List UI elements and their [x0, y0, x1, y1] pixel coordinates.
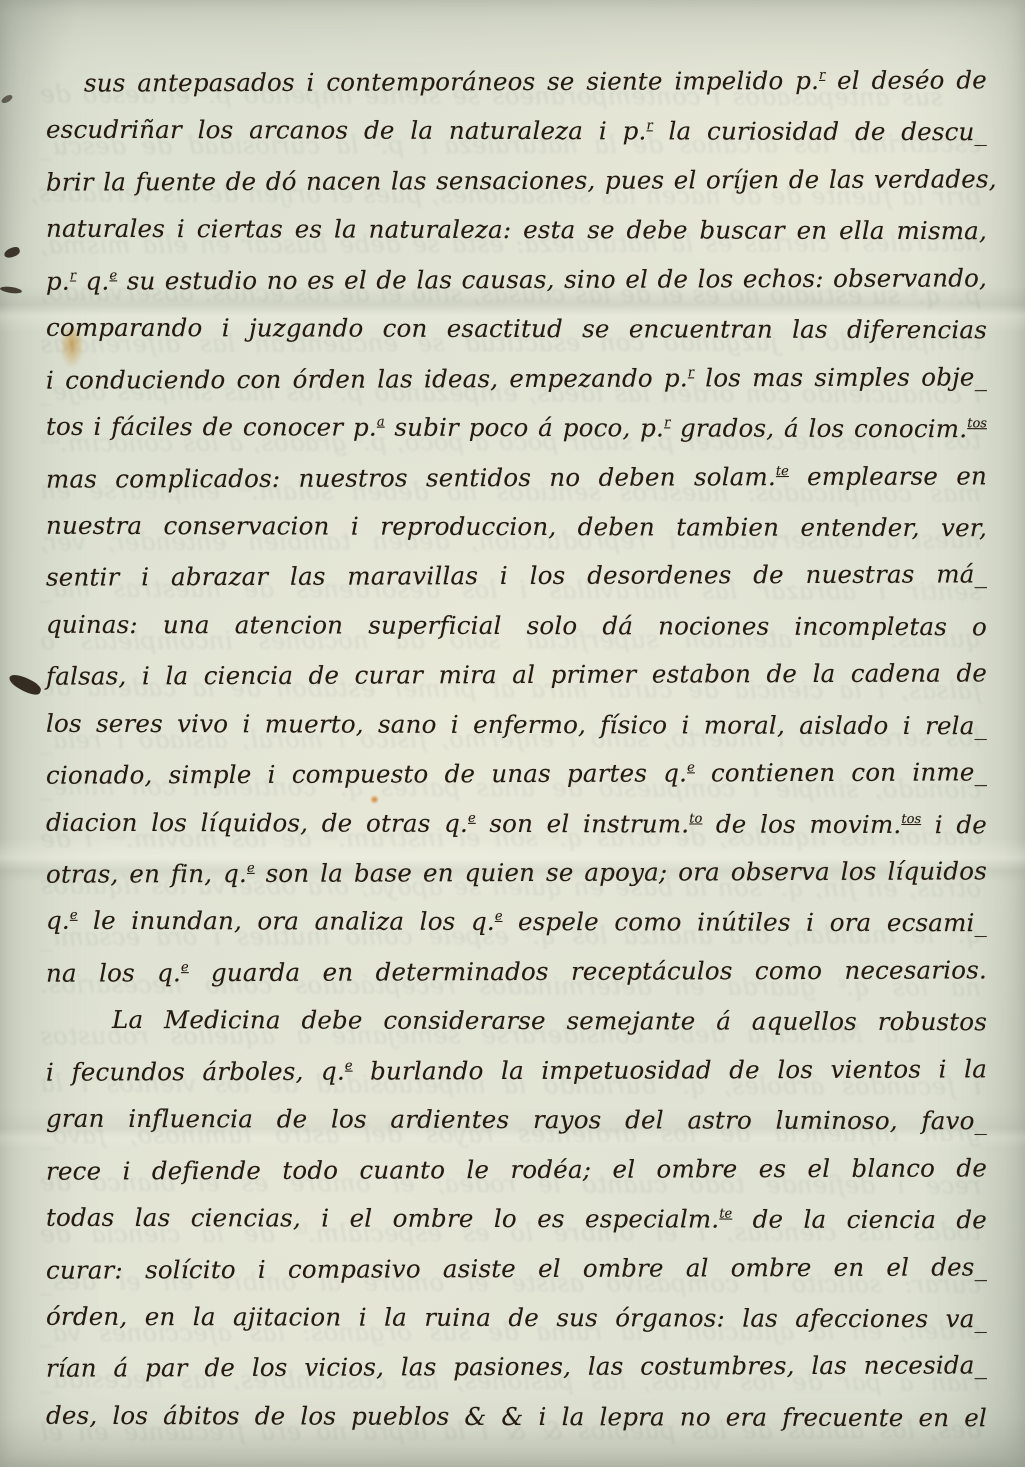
- manuscript-line: los seres vivo i muerto, sano i enfermo,…: [46, 698, 987, 750]
- manuscript-line: sentir i abrazar las maravillas i los de…: [46, 550, 987, 603]
- handwritten-text: rece i defiende todo cuanto le rodéa; el…: [46, 1153, 987, 1185]
- superscript-abbreviation: e: [495, 909, 503, 924]
- manuscript-line: quinas: una atencion superficial solo dá…: [46, 600, 987, 652]
- handwritten-text: brir la fuente de dó nacen las sensacion…: [46, 164, 997, 196]
- manuscript-line: i conduciendo con órden las ideas, empez…: [46, 352, 987, 405]
- manuscript-line: todas las ciencias, i el ombre lo es esp…: [46, 1193, 987, 1245]
- handwritten-text: nuestra conservacion i reproduccion, deb…: [46, 511, 987, 542]
- superscript-abbreviation: te: [719, 1207, 732, 1222]
- manuscript-line: falsas, i la ciencia de curar mira al pr…: [46, 649, 987, 702]
- superscript-abbreviation: a: [377, 415, 385, 430]
- ink-blot: [3, 246, 21, 260]
- manuscript-line: des, los ábitos de los pueblos & & i la …: [46, 1391, 987, 1443]
- handwritten-text: sentir i abrazar las maravillas i los de…: [46, 560, 987, 592]
- handwritten-text: naturales i ciertas es la naturaleza: es…: [46, 214, 987, 245]
- handwritten-text: burlando la impetuosidad de los vientos …: [353, 1054, 988, 1085]
- handwritten-text: La Medicina debe considerarse semejante …: [112, 1005, 987, 1036]
- handwritten-text: i conduciendo con órden las ideas, empez…: [46, 363, 688, 394]
- handwritten-text: q.: [46, 906, 70, 935]
- manuscript-line: otras, en fin, q.e son la base en quien …: [46, 846, 987, 899]
- superscript-abbreviation: e: [247, 861, 255, 876]
- handwritten-text: los mas simples obje_: [694, 362, 987, 392]
- handwritten-text: escudriñar los arcanos de la naturaleza …: [46, 115, 647, 146]
- manuscript-line: na los q.e guarda en determinados recept…: [46, 945, 987, 998]
- handwritten-text: tos i fáciles de conocer p.: [46, 412, 377, 442]
- superscript-abbreviation: te: [776, 464, 789, 479]
- manuscript-text: sus antepasados i contemporáneos se sien…: [46, 57, 987, 1441]
- manuscript-line: comparando i juzgando con esactitud se e…: [46, 303, 987, 355]
- manuscript-line: mas complicados: nuestros sentidos no de…: [46, 451, 987, 504]
- manuscript-line: rían á par de los vicios, las pasiones, …: [46, 1341, 987, 1394]
- manuscript-line: rece i defiende todo cuanto le rodéa; el…: [46, 1143, 987, 1196]
- handwritten-text: órden, en la ajitacion i la ruina de sus…: [46, 1302, 987, 1333]
- handwritten-text: sus antepasados i contemporáneos se sien…: [84, 66, 819, 98]
- manuscript-line: diacion los líquidos, de otras q.e son e…: [46, 797, 987, 849]
- handwritten-text: los seres vivo i muerto, sano i enfermo,…: [46, 708, 987, 739]
- manuscript-line: cionado, simple i compuesto de unas part…: [46, 747, 987, 800]
- manuscript-line: La Medicina debe considerarse semejante …: [46, 995, 987, 1047]
- handwritten-text: su estudio no es el de las causas, sino …: [117, 263, 987, 295]
- ink-blot: [7, 672, 43, 698]
- manuscript-line: naturales i ciertas es la naturaleza: es…: [46, 204, 987, 256]
- handwritten-text: guarda en determinados receptáculos como…: [189, 955, 987, 987]
- handwritten-text: grados, á los conocim.: [670, 413, 967, 443]
- manuscript-line: p.r q.e su estudio no es el de las causa…: [46, 253, 987, 306]
- manuscript-line: sus antepasados i contemporáneos se sien…: [46, 55, 987, 108]
- handwritten-text: le inundan, ora analiza los q.: [78, 906, 495, 936]
- handwritten-text: todas las ciencias, i el ombre lo es esp…: [46, 1203, 719, 1234]
- manuscript-line: tos i fáciles de conocer p.a subir poco …: [46, 402, 987, 454]
- manuscript-line: curar: solícito i compasivo asiste el om…: [46, 1242, 987, 1295]
- handwritten-text: cionado, simple i compuesto de unas part…: [46, 759, 687, 790]
- handwritten-text: falsas, i la ciencia de curar mira al pr…: [46, 659, 987, 691]
- handwritten-text: son el instrum.: [476, 808, 690, 838]
- handwritten-text: q.: [76, 266, 109, 295]
- handwritten-text: rían á par de los vicios, las pasiones, …: [46, 1351, 987, 1383]
- handwritten-text: des, los ábitos de los pueblos & & i la …: [46, 1401, 987, 1432]
- handwritten-text: i de: [921, 810, 987, 839]
- handwritten-text: subir poco á poco, p.: [385, 413, 664, 443]
- handwritten-text: otras, en fin, q.: [46, 859, 247, 889]
- handwritten-text: son la base en quien se apoya; ora obser…: [255, 856, 987, 888]
- manuscript-line: gran influencia de los ardientes rayos d…: [46, 1094, 987, 1146]
- manuscript-line: brir la fuente de dó nacen las sensacion…: [46, 154, 987, 207]
- handwritten-text: diacion los líquidos, de otras q.: [46, 807, 468, 837]
- ink-blot: [0, 93, 13, 104]
- handwritten-text: espele como inútiles i ora ecsami_: [503, 907, 988, 937]
- handwritten-text: emplearse en: [789, 461, 987, 491]
- manuscript-line: nuestra conservacion i reproduccion, deb…: [46, 501, 987, 553]
- handwritten-text: p.: [46, 266, 70, 295]
- manuscript-line: escudriñar los arcanos de la naturaleza …: [46, 105, 987, 157]
- ink-blot: [0, 285, 22, 294]
- manuscript-page: sus antepasados i contemporáneos se sien…: [0, 0, 1025, 1467]
- handwritten-text: de los movim.: [702, 809, 901, 839]
- manuscript-line: órden, en la ajitacion i la ruina de sus…: [46, 1292, 987, 1344]
- superscript-abbreviation: tos: [901, 812, 921, 827]
- handwritten-text: la curiosidad de descu_: [653, 117, 987, 147]
- handwritten-text: curar: solícito i compasivo asiste el om…: [46, 1252, 987, 1284]
- superscript-abbreviation: tos: [967, 416, 987, 431]
- manuscript-line: q.e le inundan, ora analiza los q.e espe…: [46, 896, 987, 948]
- handwritten-text: na los q.: [46, 958, 181, 987]
- superscript-abbreviation: e: [345, 1058, 353, 1073]
- superscript-abbreviation: e: [181, 960, 189, 975]
- superscript-abbreviation: to: [689, 811, 702, 826]
- handwritten-text: gran influencia de los ardientes rayos d…: [46, 1104, 987, 1135]
- handwritten-text: i fecundos árboles, q.: [46, 1056, 345, 1086]
- handwritten-text: el deséo de: [825, 65, 987, 95]
- handwritten-text: quinas: una atencion superficial solo dá…: [46, 610, 987, 641]
- handwritten-text: de la ciencia de: [732, 1205, 987, 1235]
- handwritten-text: comparando i juzgando con esactitud se e…: [46, 313, 987, 344]
- handwritten-text: contienen con inme_: [695, 757, 987, 787]
- superscript-abbreviation: e: [70, 908, 78, 923]
- handwritten-text: mas complicados: nuestros sentidos no de…: [46, 462, 776, 494]
- manuscript-line: i fecundos árboles, q.e burlando la impe…: [46, 1044, 987, 1097]
- superscript-abbreviation: e: [687, 761, 695, 776]
- superscript-abbreviation: e: [468, 810, 476, 825]
